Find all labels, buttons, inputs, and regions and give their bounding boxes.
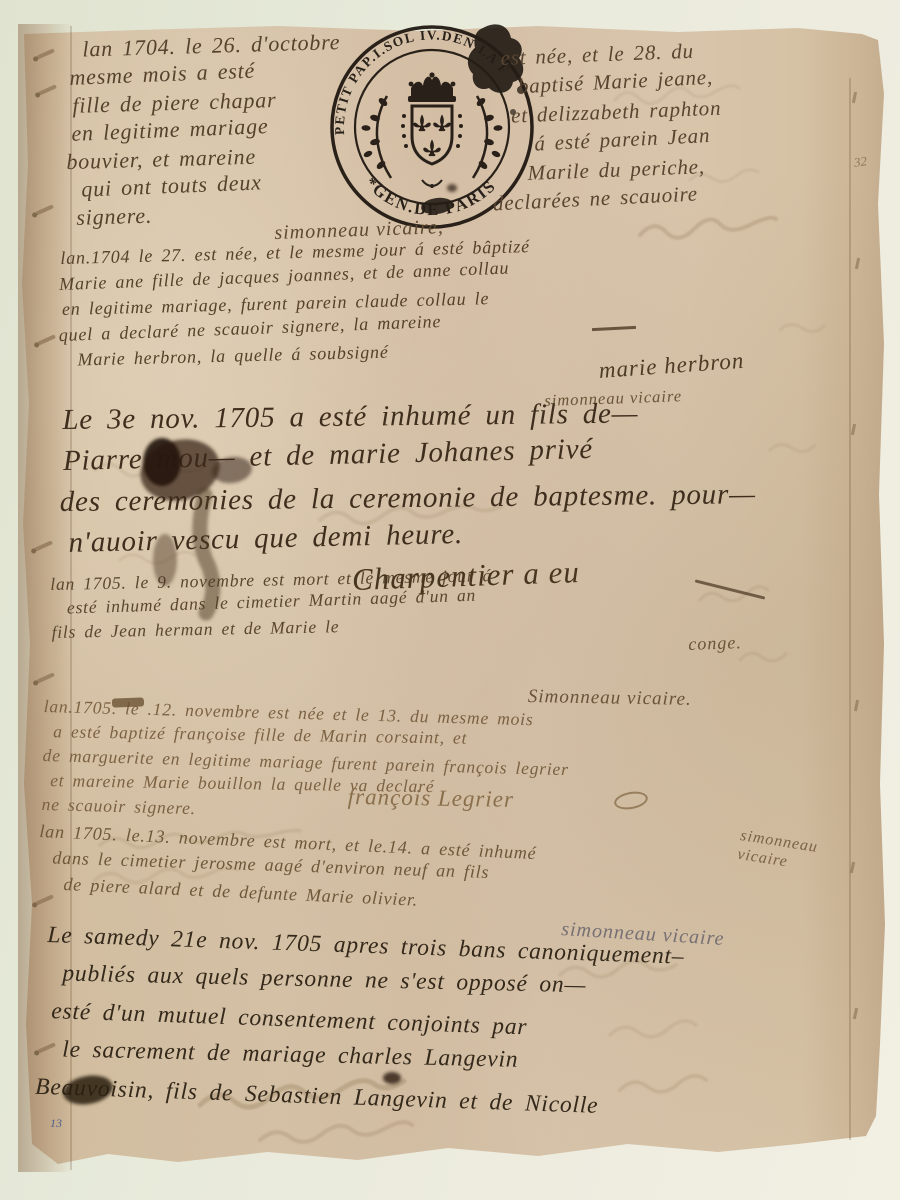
- entry-line-tail: conge.: [688, 632, 742, 655]
- entry-baptism-oct26-left-column: lan 1704. le 26. d'octobremesme mois a e…: [68, 27, 347, 232]
- entry-burial-nov3: Le 3e nov. 1705 a esté inhumé un fils de…: [62, 388, 757, 564]
- corner-page-number: 13: [50, 1116, 62, 1131]
- scribble-correction: [112, 697, 144, 707]
- stamp-crown-icon: [408, 72, 456, 102]
- folio-number: 32: [853, 153, 868, 171]
- entry-baptism-oct27: lan.1704 le 27. est née, et le mesme jou…: [60, 231, 533, 373]
- signature-francois-legrier: françois Legrier: [348, 784, 515, 813]
- stamp-shield-icon: [401, 106, 463, 164]
- register-page-scan: PETIT PAP.I.SOL IV.DEN.LA F *GEN.DE PARI…: [0, 0, 900, 1200]
- stamp-base-ornament: [422, 180, 442, 188]
- entry-baptism-oct26-right-column: est née, et le 28. dubaptisé Marie jeane…: [500, 34, 726, 217]
- page-fold-crease: [849, 78, 851, 1140]
- entry-marriage-nov21: Le samedy 21e nov. 1705 apres trois bans…: [43, 916, 685, 1124]
